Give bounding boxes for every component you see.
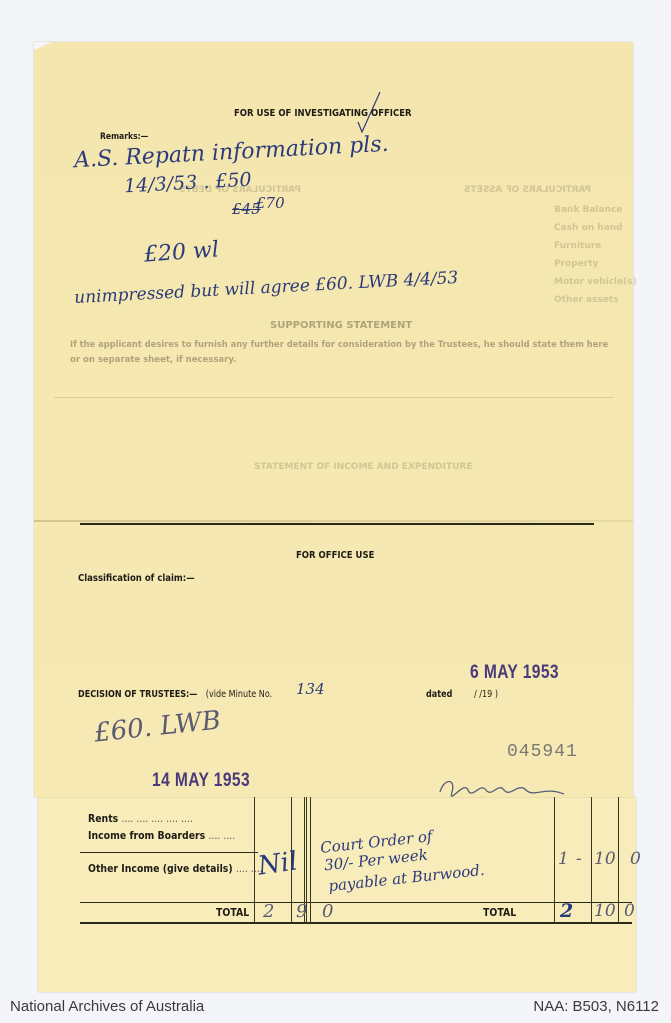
checkmark-icon	[354, 90, 384, 135]
main-sheet: PARTICULARS OF DEBTS PARTICULARS OF ASSE…	[34, 42, 633, 797]
office-use-title: FOR OFFICE USE	[296, 550, 374, 561]
remark-line-3: £70	[256, 194, 285, 212]
total-left-shillings: 9	[296, 901, 307, 922]
ghost-asset-2: Furniture	[554, 241, 601, 251]
ghost-asset-3: Property	[554, 259, 598, 269]
ghost-particulars-assets: PARTICULARS OF ASSETS	[464, 185, 591, 195]
ghost-rule	[54, 397, 614, 398]
section-divider	[80, 523, 594, 525]
right-amount-dash: -	[576, 849, 582, 869]
ghost-supporting-line2: or on separate sheet, if necessary.	[70, 355, 236, 365]
col-line-7	[591, 797, 592, 923]
row-boarders: Income from Boarders .... ....	[88, 829, 235, 842]
remark-line-5: unimpressed but will agree £60. LWB 4/4/…	[74, 268, 459, 308]
col-line-8	[618, 797, 619, 923]
total-right-pence: 0	[624, 901, 635, 921]
right-amount-shillings: 10	[594, 849, 616, 869]
total-label-left: TOTAL	[216, 906, 249, 919]
ghost-supporting-heading: SUPPORTING STATEMENT	[270, 320, 412, 331]
total-label-right: TOTAL	[483, 906, 516, 919]
row-other-income: Other Income (give details) .... ....	[88, 862, 263, 875]
nil-entry: Nil	[256, 846, 299, 881]
ghost-supporting-line1: If the applicant desires to furnish any …	[70, 340, 608, 350]
right-amount-pounds: 1	[558, 849, 569, 869]
lower-sheet: Rents .... .... .... .... .... Income fr…	[38, 797, 636, 992]
ghost-asset-4: Motor vehicle(s)	[554, 277, 637, 287]
total-left-pounds: 2	[263, 901, 274, 922]
ghost-asset-1: Cash on hand	[554, 223, 623, 233]
decision-handwritten: £60. LWB	[93, 705, 222, 748]
table-rule-total-bottom	[80, 922, 632, 924]
remark-line-4: £20 wl	[143, 237, 219, 267]
col-line-6	[554, 797, 555, 923]
remarks-label: Remarks:—	[100, 132, 148, 142]
ghost-asset-5: Other assets	[554, 295, 619, 305]
total-right-pounds: 2	[560, 900, 573, 922]
fold-line	[34, 520, 633, 522]
received-date-stamp: 6 MAY 1953	[470, 662, 559, 684]
col-line-3	[310, 797, 311, 923]
decision-label: DECISION OF TRUSTEES:— (vide Minute No.	[78, 689, 272, 700]
ghost-asset-0: Bank Balance	[554, 205, 622, 215]
total-left-pence: 0	[322, 901, 333, 922]
investigating-officer-title: FOR USE OF INVESTIGATING OFFICER	[234, 108, 412, 119]
serial-number: 045941	[507, 742, 578, 762]
right-amount-pence: 0	[630, 849, 641, 869]
table-rule-total-top	[80, 902, 632, 903]
table-rule-boarders	[80, 852, 258, 853]
total-right-shillings: 10	[594, 901, 616, 921]
signature-scribble	[434, 772, 574, 802]
col-line-1	[254, 797, 255, 923]
decision-date-stamp: 14 MAY 1953	[152, 770, 250, 792]
dated-blank: / /19 )	[474, 689, 498, 700]
minute-number: 134	[296, 680, 325, 698]
archive-reference: NAA: B503, N6112	[533, 998, 659, 1015]
dated-label: dated	[426, 689, 452, 700]
ghost-income-heading: STATEMENT OF INCOME AND EXPENDITURE	[254, 462, 473, 472]
classification-label: Classification of claim:—	[78, 573, 195, 584]
archive-name: National Archives of Australia	[10, 998, 204, 1015]
row-rents: Rents .... .... .... .... ....	[88, 812, 193, 825]
